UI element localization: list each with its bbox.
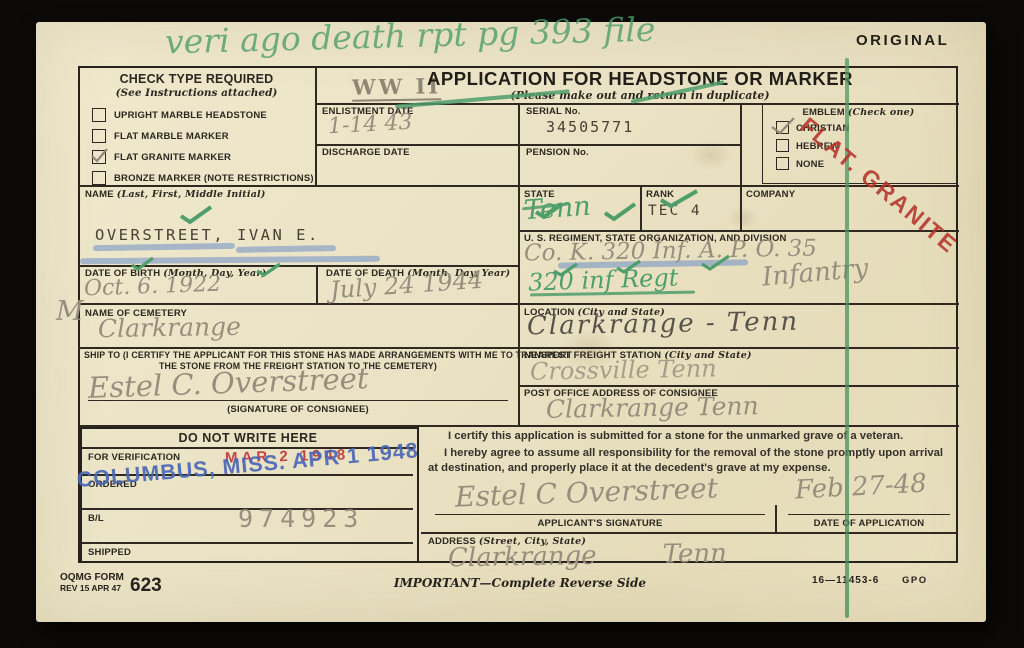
green-check-icon: [130, 256, 156, 272]
certification-para1: I certify this application is submitted …: [432, 429, 947, 443]
emblem-note: (Check one): [848, 107, 915, 118]
form-line: [78, 185, 959, 187]
green-check-icon: [658, 188, 700, 210]
scanned-document: veri ago death rpt pg 393 file ORIGINAL …: [0, 0, 1024, 648]
green-check-icon: [178, 204, 214, 226]
form-line: [518, 230, 959, 232]
cemetery-value: Clarkrange: [98, 312, 241, 343]
form-id-name: OQMG FORM: [60, 572, 124, 583]
important-note: IMPORTANT—Complete Reverse Side: [330, 576, 710, 590]
signature-line: [435, 514, 765, 515]
name-note: (Last, First, Middle Initial): [117, 189, 266, 200]
location-value: Clarkrange - Tenn: [527, 307, 800, 342]
birth-value: Oct. 6. 1922: [84, 272, 222, 302]
serial-no-label: SERIAL No.: [526, 106, 581, 117]
checkbox-label: NONE: [796, 159, 824, 170]
address-value: Clarkrange Tenn: [448, 539, 727, 574]
checkbox-none: [776, 157, 789, 170]
bl-label: B/L: [88, 513, 104, 524]
form-line: [315, 66, 317, 185]
checkbox-label: FLAT MARBLE MARKER: [114, 131, 229, 142]
margin-note: M: [56, 296, 84, 327]
form-line: [518, 385, 959, 387]
form-line: [315, 144, 740, 146]
shipped-label: SHIPPED: [88, 547, 131, 558]
pension-no-label: PENSION No.: [526, 147, 589, 158]
pencil-check-mark-icon: [770, 115, 796, 135]
form-line: [421, 532, 958, 534]
application-date-label: DATE OF APPLICATION: [788, 518, 950, 529]
form-number: 623: [130, 575, 162, 597]
checkbox-label: UPRIGHT MARBLE HEADSTONE: [114, 110, 267, 121]
freight-value: Crossville Tenn: [530, 354, 717, 385]
form-line: [316, 265, 318, 304]
checkbox-label: FLAT GRANITE MARKER: [114, 152, 231, 163]
green-check-icon: [700, 254, 732, 272]
green-check-icon: [533, 201, 565, 221]
form-line: [78, 347, 959, 349]
serial-no-value: 34505771: [546, 118, 634, 136]
signature-line: [788, 514, 950, 515]
consignee-signature-label: (SIGNATURE OF CONSIGNEE): [80, 404, 516, 415]
green-check-icon: [255, 262, 283, 278]
discharge-date-label: DISCHARGE DATE: [322, 147, 410, 158]
form-line: [775, 505, 777, 532]
applicant-signature-label: APPLICANT'S SIGNATURE: [435, 518, 765, 529]
company-label: COMPANY: [746, 189, 795, 200]
checkbox-flat-marble: [92, 129, 106, 143]
check-type-subtitle: (See Instructions attached): [78, 87, 315, 99]
pencil-check-mark-icon: [89, 146, 109, 164]
form-title: APPLICATION FOR HEADSTONE OR MARKER: [340, 68, 940, 90]
green-check-icon: [615, 259, 643, 275]
form-line: [518, 103, 520, 425]
enlistment-date-value: 1-14 43: [327, 110, 413, 139]
checkbox-label: BRONZE MARKER (NOTE RESTRICTIONS): [114, 173, 314, 184]
green-check-icon: [552, 262, 580, 278]
name-value: OVERSTREET, IVAN E.: [95, 226, 320, 244]
original-label: ORIGINAL: [856, 32, 949, 49]
bl-number-stamp: 974923: [238, 504, 364, 533]
green-check-icon: [602, 201, 638, 223]
gpo-label: GPO: [902, 575, 928, 586]
check-type-title: CHECK TYPE REQUIRED: [78, 72, 315, 86]
ship-to-label-line1: SHIP TO (I CERTIFY THE APPLICANT FOR THI…: [84, 350, 572, 360]
form-line: [640, 185, 642, 230]
form-line: [82, 542, 413, 544]
form-id-rev: REV 15 APR 47: [60, 583, 121, 593]
checkbox-hebrew: [776, 139, 789, 152]
form-line: [78, 303, 959, 305]
form-line: [740, 103, 742, 230]
name-label: NAME: [85, 189, 114, 200]
po-address-value: Clarkrange Tenn: [546, 391, 759, 424]
checkbox-upright-marble: [92, 108, 106, 122]
signature-line: [88, 400, 508, 401]
checkbox-bronze: [92, 171, 106, 185]
